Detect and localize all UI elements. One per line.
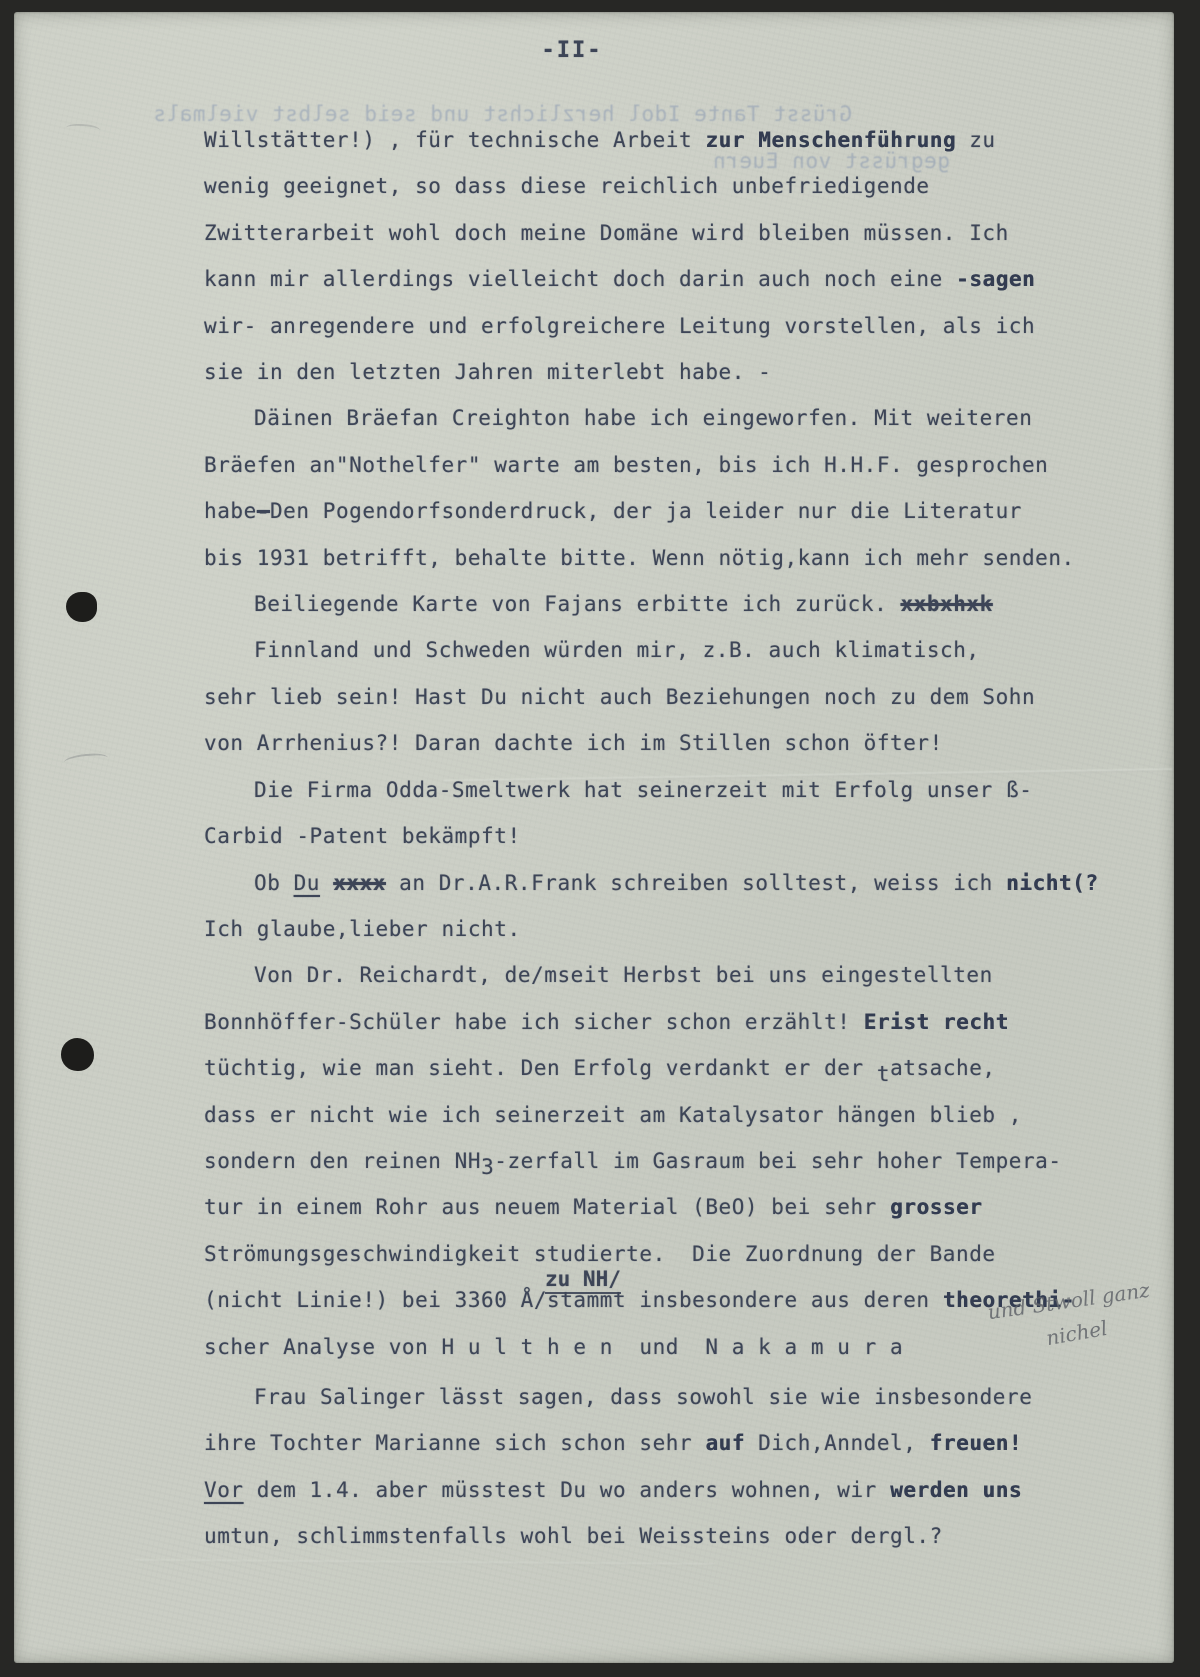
page-number: -II- [0, 38, 1152, 63]
typed-line: Die Firma Odda-Smeltwerk hat seinerzeit … [204, 767, 1109, 813]
typed-line: umtun, schlimmstenfalls wohl bei Weisste… [204, 1513, 1109, 1559]
typed-text [745, 128, 758, 152]
typed-text: Menschenführung [758, 128, 956, 152]
typed-text: xxbxhxk [900, 592, 992, 616]
typed-text: dass er nicht wie ich seinerzeit am Kata… [204, 1103, 1022, 1127]
typed-line: tur in einem Rohr aus neuem Material (Be… [204, 1184, 1109, 1230]
typed-text: Ich glaube,lieber nicht. [204, 917, 521, 941]
typed-text: dem 1.4. aber müsstest Du wo anders wohn… [244, 1478, 890, 1502]
typed-text: Bonnhöffer-Schüler habe ich sicher schon… [204, 1010, 864, 1034]
typed-text: Zwitterarbeit wohl doch meine Domäne wir… [204, 221, 1009, 245]
typed-text: von Arrhenius?! Daran dachte ich im Stil… [204, 731, 943, 755]
scan-background: -II- Grüsst Tante Idol herzlichst und se… [0, 0, 1200, 1677]
typed-line: sie in den letzten Jahren miterlebt habe… [204, 349, 1109, 395]
typed-text: Finnland und Schweden würden mir, z.B. a… [254, 638, 980, 662]
typed-line: bis 1931 betrifft, behalte bitte. Wenn n… [204, 535, 1109, 581]
typed-text: tüchtig, wie man sieht. Den Erfolg verda… [204, 1056, 877, 1080]
typed-text: kann mir allerdings vielleicht doch dari… [204, 267, 956, 291]
typed-text: auf [705, 1431, 745, 1455]
typed-line: Beiliegende Karte von Fajans erbitte ich… [204, 581, 1109, 627]
typed-line: wenig geeignet, so dass diese reichlich … [204, 163, 1109, 209]
typed-line: Finnland und Schweden würden mir, z.B. a… [204, 627, 1109, 673]
typed-line: sondern den reinen NH3-zerfall im Gasrau… [204, 1138, 1109, 1184]
typed-line: ihre Tochter Marianne sich schon sehr au… [204, 1420, 1109, 1466]
pencil-smudge [63, 752, 108, 769]
typed-text: Den Pogendorfsonderdruck, der ja leider … [270, 499, 1022, 523]
paper-crease [134, 1559, 714, 1566]
typed-line: Carbid -Patent bekämpft! [204, 813, 1109, 859]
typed-text: Erist recht [864, 1010, 1009, 1034]
typed-line: Däinen Bräefan Creighton habe ich eingew… [204, 395, 1109, 441]
typed-text: Carbid -Patent bekämpft! [204, 824, 521, 848]
typed-text: zu [956, 128, 996, 152]
typed-line: Ich glaube,lieber nicht. [204, 906, 1109, 952]
typed-line: Bonnhöffer-Schüler habe ich sicher schon… [204, 999, 1109, 1045]
typed-text [320, 871, 333, 895]
typed-text: Willstätter!) , für technische Arbeit [204, 128, 705, 152]
typed-text: grosser [890, 1195, 982, 1219]
typed-line: wir- anregendere und erfolgreichere Leit… [204, 303, 1109, 349]
typed-text: sondern den reinen NH [204, 1149, 481, 1173]
typed-text: - [257, 499, 270, 523]
typed-text: t [877, 1062, 890, 1086]
typed-line: scher Analyse von H u l t h e n und N a … [204, 1324, 1109, 1370]
typed-text: atsache, [890, 1056, 996, 1080]
typed-text: -sagen [956, 267, 1035, 291]
typed-text: an Dr.A.R.Frank schreiben solltest, weis… [386, 871, 1006, 895]
typed-text: scher Analyse von H u l t h e n und N a … [204, 1335, 903, 1359]
typed-text: wir- anregendere und erfolgreichere Leit… [204, 314, 1035, 338]
letter-body: Willstätter!) , für technische Arbeit zu… [204, 117, 1109, 1560]
typed-text: xxxx [333, 871, 386, 895]
typed-text: sie in den letzten Jahren miterlebt habe… [204, 360, 771, 384]
typed-text: Frau Salinger lässt sagen, dass sowohl s… [254, 1385, 1032, 1409]
typed-text: Bräefen an"Nothelfer" warte am besten, b… [204, 453, 1048, 477]
typed-text: tur in einem Rohr aus neuem Material (Be… [204, 1195, 890, 1219]
typed-text: Strömungsgeschwindigkeit studierte. Die … [204, 1242, 996, 1266]
typed-text: sehr lieb sein! Hast Du nicht auch Bezie… [204, 685, 1035, 709]
typed-text: Vor [204, 1478, 244, 1502]
typed-text: Die Firma Odda-Smeltwerk hat seinerzeit … [254, 778, 1032, 802]
typed-line: Vor dem 1.4. aber müsstest Du wo anders … [204, 1467, 1109, 1513]
typed-text: zur [705, 128, 745, 152]
typed-insertion: zu NH/ [545, 1269, 621, 1294]
typed-text: wenig geeignet, so dass diese reichlich … [204, 174, 930, 198]
typed-text: ihre Tochter Marianne sich schon sehr [204, 1431, 705, 1455]
typed-line: Von Dr. Reichardt, de/mseit Herbst bei u… [204, 952, 1109, 998]
typed-text: werden uns [890, 1478, 1022, 1502]
typed-line: Strömungsgeschwindigkeit studierte. Die … [204, 1231, 1109, 1277]
typed-line: kann mir allerdings vielleicht doch dari… [204, 256, 1109, 302]
typed-text: Beiliegende Karte von Fajans erbitte ich… [254, 592, 900, 616]
typed-line: Ob Du xxxx an Dr.A.R.Frank schreiben sol… [204, 860, 1109, 906]
typed-text: freuen! [930, 1431, 1022, 1455]
typed-line: Willstätter!) , für technische Arbeit zu… [204, 117, 1109, 163]
typed-text: Von Dr. Reichardt, de/mseit Herbst bei u… [254, 963, 993, 987]
typed-line: habe-Den Pogendorfsonderdruck, der ja le… [204, 488, 1109, 534]
typed-line: von Arrhenius?! Daran dachte ich im Stil… [204, 720, 1109, 766]
typed-text: umtun, schlimmstenfalls wohl bei Weisste… [204, 1524, 943, 1548]
typed-line: tüchtig, wie man sieht. Den Erfolg verda… [204, 1045, 1109, 1091]
typed-text: Dich,Anndel, [745, 1431, 930, 1455]
typed-text: nicht(? [1006, 871, 1098, 895]
typed-line: (nicht Linie!) bei 3360 Å/stammt insbeso… [204, 1277, 1109, 1323]
typed-line: Bräefen an"Nothelfer" warte am besten, b… [204, 442, 1109, 488]
typed-text: -zerfall im Gasraum bei sehr hoher Tempe… [494, 1149, 1061, 1173]
typed-text: 3 [481, 1155, 494, 1179]
pencil-smudge [66, 123, 101, 135]
typed-text: bis 1931 betrifft, behalte bitte. Wenn n… [204, 546, 1075, 570]
typed-line: dass er nicht wie ich seinerzeit am Kata… [204, 1092, 1109, 1138]
punch-hole-top [66, 592, 97, 622]
typed-line: sehr lieb sein! Hast Du nicht auch Bezie… [204, 674, 1109, 720]
letter-page: -II- Grüsst Tante Idol herzlichst und se… [14, 12, 1174, 1663]
typed-line: Zwitterarbeit wohl doch meine Domäne wir… [204, 210, 1109, 256]
typed-text: Ob [254, 871, 294, 895]
typed-line: Frau Salinger lässt sagen, dass sowohl s… [204, 1374, 1109, 1420]
typed-text: habe [204, 499, 257, 523]
typed-text: Du [294, 871, 320, 895]
punch-hole-bottom [61, 1038, 94, 1071]
typed-text: Däinen Bräefan Creighton habe ich eingew… [254, 406, 1032, 430]
